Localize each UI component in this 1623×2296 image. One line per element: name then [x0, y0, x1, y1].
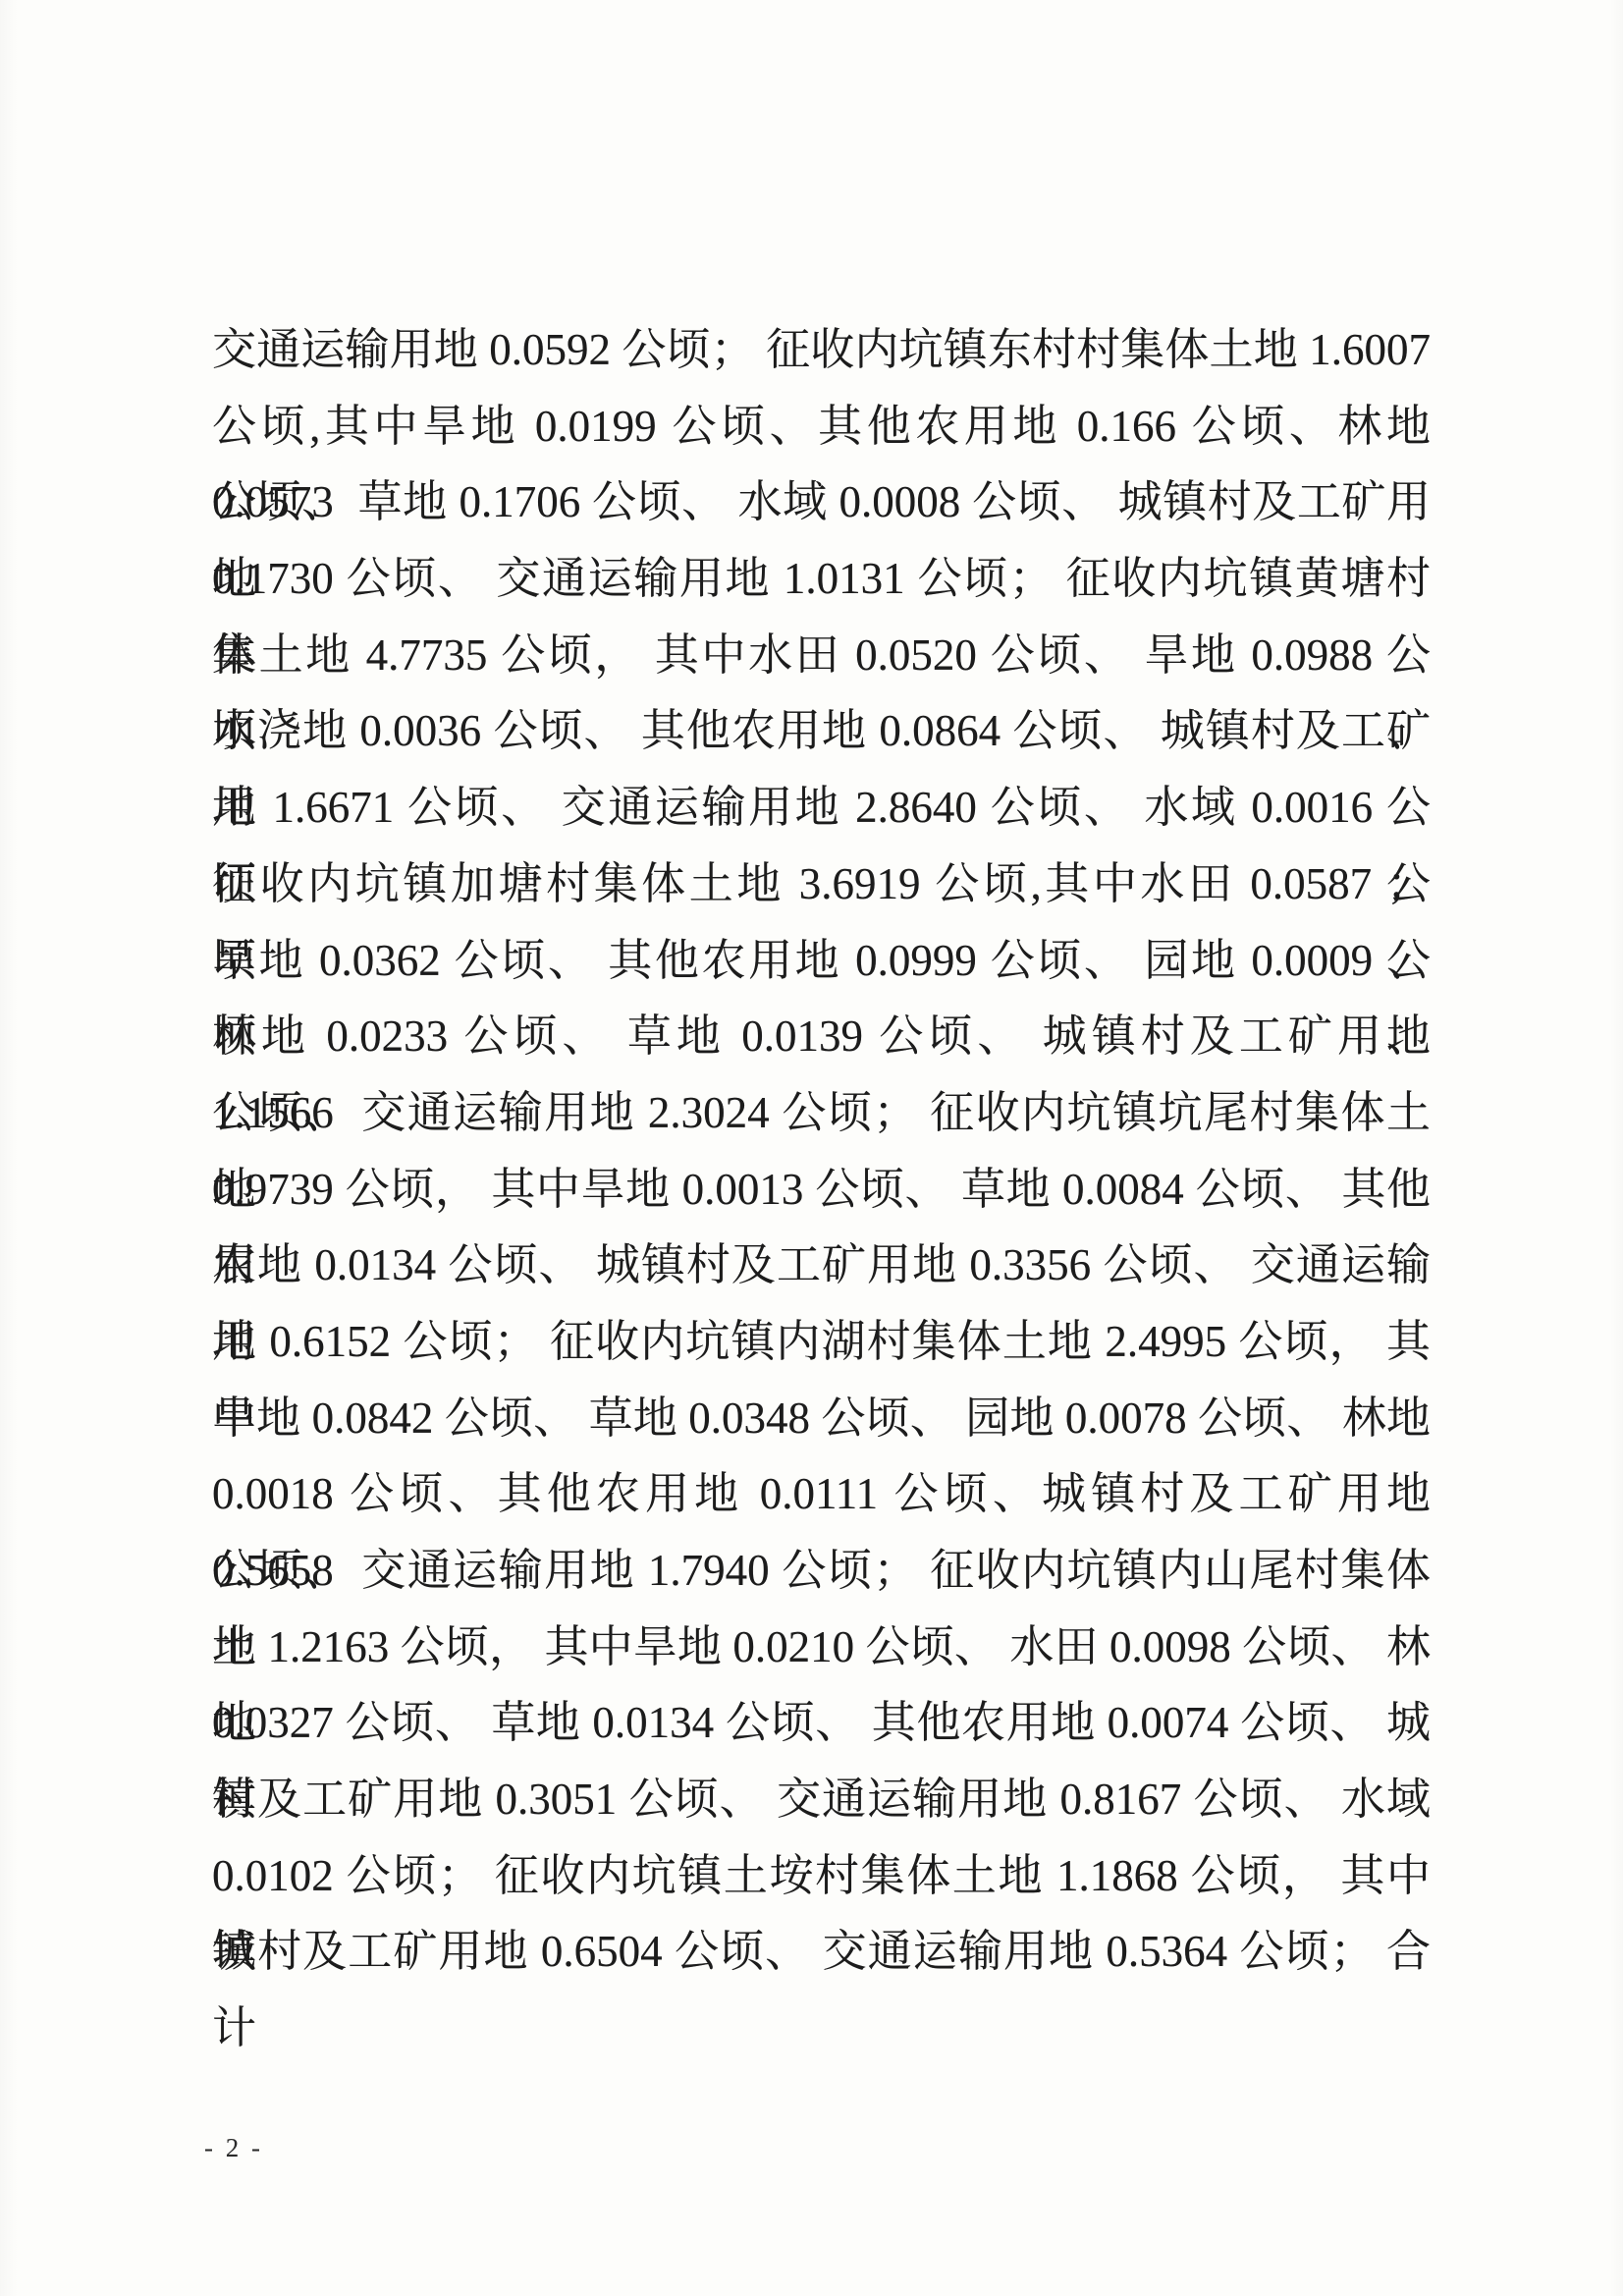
document-page: 交通运输用地 0.0592 公顷； 征收内坑镇东村村集体土地 1.6007 公顷…: [0, 0, 1623, 2296]
text-line: 公顷、 交通运输用地 2.3024 公顷； 征收内坑镇坑尾村集体土地: [212, 1075, 1431, 1152]
text-line: 地 1.2163 公顷， 其中旱地 0.0210 公顷、 水田 0.0098 公…: [212, 1610, 1431, 1686]
text-line: 水浇地 0.0036 公顷、 其他农用地 0.0864 公顷、 城镇村及工矿用: [212, 693, 1431, 770]
text-line: 公顷、 草地 0.1706 公顷、 水域 0.0008 公顷、 城镇村及工矿用地: [212, 465, 1431, 541]
text-line: 镇村及工矿用地 0.6504 公顷、 交通运输用地 0.5364 公顷； 合计: [212, 1914, 1431, 1991]
text-line: 0.0327 公顷、 草地 0.0134 公顷、 其他农用地 0.0074 公顷…: [212, 1685, 1431, 1762]
text-line: 地 0.6152 公顷； 征收内坑镇内湖村集体土地 2.4995 公顷， 其中: [212, 1304, 1431, 1381]
text-line: 征收内坑镇加塘村集体土地 3.6919 公顷,其中水田 0.0587 公顷、: [212, 847, 1431, 923]
text-line: 0.0018 公顷、其他农用地 0.0111 公顷、城镇村及工矿用地 0.565…: [212, 1456, 1431, 1533]
text-line: 用地 0.0134 公顷、 城镇村及工矿用地 0.3356 公顷、 交通运输用: [212, 1228, 1431, 1304]
text-line: 0.1730 公顷、 交通运输用地 1.0131 公顷； 征收内坑镇黄塘村集: [212, 541, 1431, 618]
text-line: 0.9739 公顷， 其中旱地 0.0013 公顷、 草地 0.0084 公顷、…: [212, 1152, 1431, 1229]
page-number: - 2 -: [204, 2133, 263, 2163]
text-line: 交通运输用地 0.0592 公顷； 征收内坑镇东村村集体土地 1.6007: [212, 312, 1431, 389]
text-line: 林地 0.0233 公顷、 草地 0.0139 公顷、 城镇村及工矿用地 1.1…: [212, 999, 1431, 1075]
text-line: 0.0102 公顷； 征收内坑镇土垵村集体土地 1.1868 公顷， 其中城: [212, 1838, 1431, 1915]
text-line: 旱地 0.0362 公顷、 其他农用地 0.0999 公顷、 园地 0.0009…: [212, 923, 1431, 1000]
text-line: 旱地 0.0842 公顷、 草地 0.0348 公顷、 园地 0.0078 公顷…: [212, 1381, 1431, 1457]
text-line: 公顷,其中旱地 0.0199 公顷、其他农用地 0.166 公顷、林地 0.05…: [212, 389, 1431, 465]
body-text: 交通运输用地 0.0592 公顷； 征收内坑镇东村村集体土地 1.6007 公顷…: [212, 312, 1431, 1991]
text-line: 体土地 4.7735 公顷， 其中水田 0.0520 公顷、 旱地 0.0988…: [212, 618, 1431, 694]
text-line: 地 1.6671 公顷、 交通运输用地 2.8640 公顷、 水域 0.0016…: [212, 770, 1431, 847]
text-line: 公顷、 交通运输用地 1.7940 公顷； 征收内坑镇内山尾村集体土: [212, 1533, 1431, 1610]
text-line: 村及工矿用地 0.3051 公顷、 交通运输用地 0.8167 公顷、 水域: [212, 1762, 1431, 1838]
